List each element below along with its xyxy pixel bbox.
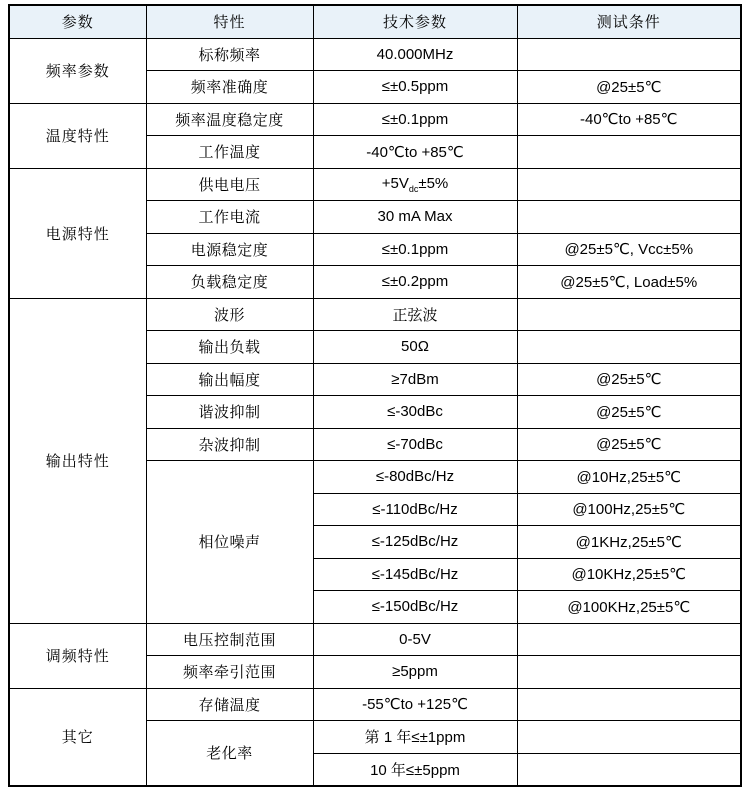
tech-value-cell: 10 年≤±5ppm [313,753,517,786]
header-param: 参数 [9,5,146,38]
characteristic-cell: 标称频率 [146,38,313,71]
condition-cell: @25±5℃ [517,363,741,396]
tech-value-suffix: ±5% [418,175,448,192]
condition-cell: @25±5℃ [517,428,741,461]
tech-value-cell: 第 1 年≤±1ppm [313,721,517,754]
characteristic-cell: 电源稳定度 [146,233,313,266]
header-tech: 技术参数 [313,5,517,38]
characteristic-cell: 负载稳定度 [146,266,313,299]
param-group-output: 输出特性 [9,298,146,623]
condition-cell [517,136,741,169]
tech-value-cell: ≥7dBm [313,363,517,396]
table-row: 其它 存储温度 -55℃to +125℃ [9,688,741,721]
tech-value-cell: 40.000MHz [313,38,517,71]
characteristic-cell: 波形 [146,298,313,331]
tech-value-cell: ≤-125dBc/Hz [313,526,517,559]
condition-cell [517,623,741,656]
spec-table-container: 参数 特性 技术参数 测试条件 频率参数 标称频率 40.000MHz 频率准确… [8,4,742,787]
condition-cell: @25±5℃, Load±5% [517,266,741,299]
tech-value-cell: ≤-70dBc [313,428,517,461]
table-body: 频率参数 标称频率 40.000MHz 频率准确度 ≤±0.5ppm @25±5… [9,38,741,786]
characteristic-cell: 输出幅度 [146,363,313,396]
characteristic-cell: 存储温度 [146,688,313,721]
param-group-other: 其它 [9,688,146,786]
condition-cell: @25±5℃ [517,396,741,429]
tech-value-cell: ≤-150dBc/Hz [313,591,517,624]
tech-value-cell: ≤±0.1ppm [313,233,517,266]
tech-value-cell: ≤-145dBc/Hz [313,558,517,591]
characteristic-cell: 频率准确度 [146,71,313,104]
tech-value-cell: -55℃to +125℃ [313,688,517,721]
condition-cell [517,331,741,364]
condition-cell: @100Hz,25±5℃ [517,493,741,526]
tech-value-cell: 0-5V [313,623,517,656]
param-group-power: 电源特性 [9,168,146,298]
condition-cell [517,168,741,201]
characteristic-cell: 供电电压 [146,168,313,201]
table-row: 调频特性 电压控制范围 0-5V [9,623,741,656]
tech-value-prefix: +5V [382,175,409,192]
tech-value-cell: ≥5ppm [313,656,517,689]
tech-value-cell: ≤-80dBc/Hz [313,461,517,494]
tech-value-cell: 50Ω [313,331,517,364]
characteristic-cell: 杂波抑制 [146,428,313,461]
param-group-fm: 调频特性 [9,623,146,688]
condition-cell: @25±5℃ [517,71,741,104]
condition-cell [517,688,741,721]
tech-value-cell: ≤-110dBc/Hz [313,493,517,526]
condition-cell: @10Hz,25±5℃ [517,461,741,494]
characteristic-cell: 电压控制范围 [146,623,313,656]
characteristic-cell: 工作温度 [146,136,313,169]
condition-cell: @100KHz,25±5℃ [517,591,741,624]
table-row: 输出特性 波形 正弦波 [9,298,741,331]
tech-value-cell: ≤±0.5ppm [313,71,517,104]
condition-cell [517,656,741,689]
param-group-frequency: 频率参数 [9,38,146,103]
condition-cell [517,38,741,71]
condition-cell [517,298,741,331]
characteristic-cell: 工作电流 [146,201,313,234]
tech-value-cell: -40℃to +85℃ [313,136,517,169]
characteristic-cell: 输出负载 [146,331,313,364]
tech-value-cell: 正弦波 [313,298,517,331]
tech-value-cell: ≤±0.2ppm [313,266,517,299]
tech-value-cell: 30 mA Max [313,201,517,234]
characteristic-cell: 频率牵引范围 [146,656,313,689]
header-condition: 测试条件 [517,5,741,38]
spec-table: 参数 特性 技术参数 测试条件 频率参数 标称频率 40.000MHz 频率准确… [8,4,742,787]
characteristic-aging-rate: 老化率 [146,721,313,786]
table-header: 参数 特性 技术参数 测试条件 [9,5,741,38]
table-row: 电源特性 供电电压 +5Vdc±5% [9,168,741,201]
tech-value-cell: ≤±0.1ppm [313,103,517,136]
condition-cell: -40℃to +85℃ [517,103,741,136]
condition-cell [517,753,741,786]
header-row: 参数 特性 技术参数 测试条件 [9,5,741,38]
header-characteristic: 特性 [146,5,313,38]
condition-cell [517,721,741,754]
tech-value-cell: +5Vdc±5% [313,168,517,201]
param-group-temperature: 温度特性 [9,103,146,168]
table-row: 温度特性 频率温度稳定度 ≤±0.1ppm -40℃to +85℃ [9,103,741,136]
condition-cell: @25±5℃, Vcc±5% [517,233,741,266]
condition-cell [517,201,741,234]
table-row: 频率参数 标称频率 40.000MHz [9,38,741,71]
characteristic-cell: 谐波抑制 [146,396,313,429]
characteristic-phase-noise: 相位噪声 [146,461,313,624]
condition-cell: @10KHz,25±5℃ [517,558,741,591]
tech-value-subscript: dc [409,184,419,194]
characteristic-cell: 频率温度稳定度 [146,103,313,136]
condition-cell: @1KHz,25±5℃ [517,526,741,559]
tech-value-cell: ≤-30dBc [313,396,517,429]
